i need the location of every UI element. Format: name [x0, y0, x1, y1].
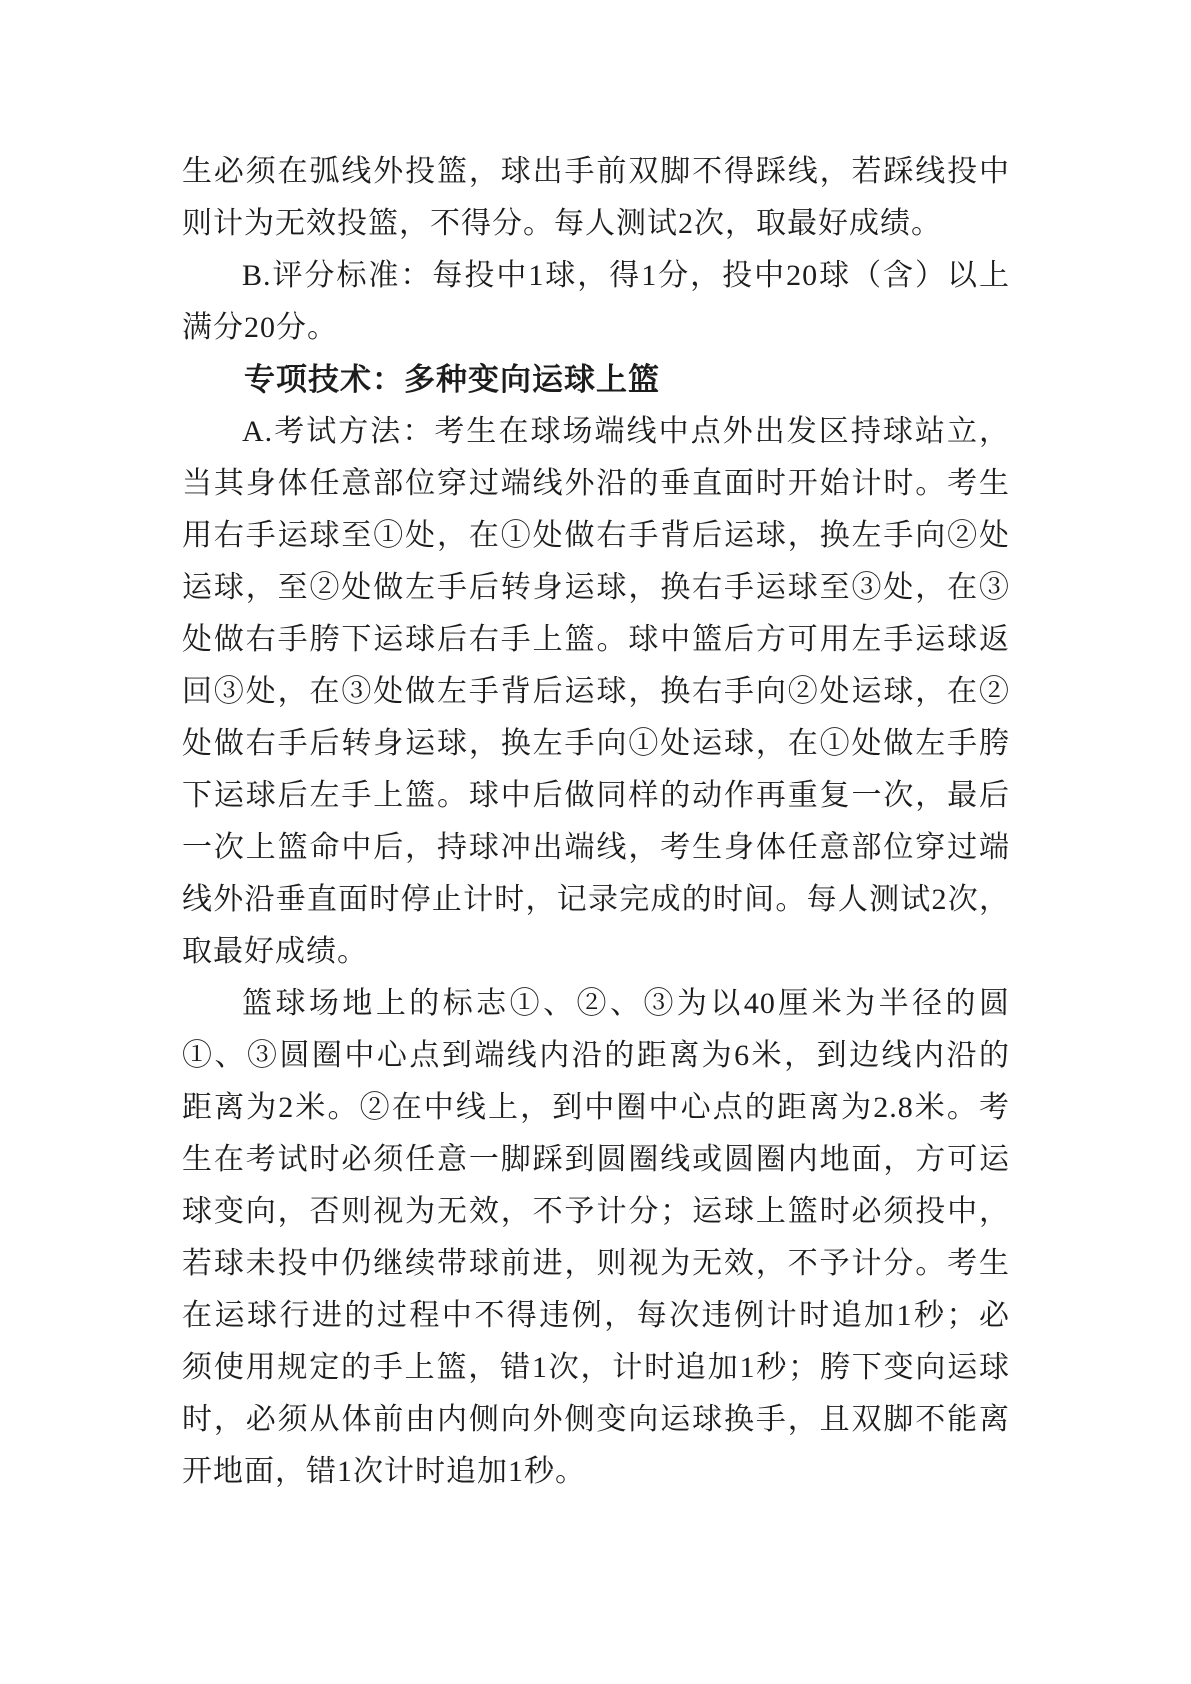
text-line: 须使用规定的手上篮，错1次，计时追加1秒；胯下变向运球 [182, 1342, 1010, 1394]
text-line: 运球，至②处做左手后转身运球，换右手运球至③处，在③ [182, 562, 1010, 614]
text-line: 时，必须从体前由内侧向外侧变向运球换手，且双脚不能离 [182, 1394, 1010, 1446]
text-line: B.评分标准：每投中1球，得1分，投中20球（含）以上为 [182, 250, 1010, 302]
text-line: 用右手运球至①处，在①处做右手背后运球，换左手向②处 [182, 510, 1010, 562]
text-line: 下运球后左手上篮。球中后做同样的动作再重复一次，最后 [182, 770, 1010, 822]
document-page: 生必须在弧线外投篮，球出手前双脚不得踩线，若踩线投中则计为无效投篮，不得分。每人… [0, 0, 1191, 1684]
text-line: 取最好成绩。 [182, 926, 1010, 978]
text-line: 则计为无效投篮，不得分。每人测试2次，取最好成绩。 [182, 198, 1010, 250]
text-line: 若球未投中仍继续带球前进，则视为无效，不予计分。考生 [182, 1238, 1010, 1290]
paragraph: A.考试方法：考生在球场端线中点外出发区持球站立，当其身体任意部位穿过端线外沿的… [182, 406, 1010, 978]
text-line: ①、③圆圈中心点到端线内沿的距离为6米，到边线内沿的 [182, 1030, 1010, 1082]
text-line: 处做右手后转身运球，换左手向①处运球，在①处做左手胯 [182, 718, 1010, 770]
text-line: A.考试方法：考生在球场端线中点外出发区持球站立， [182, 406, 1010, 458]
text-line: 满分20分。 [182, 302, 1010, 354]
page-content: 生必须在弧线外投篮，球出手前双脚不得踩线，若踩线投中则计为无效投篮，不得分。每人… [182, 146, 1010, 1498]
paragraph: 篮球场地上的标志①、②、③为以40厘米为半径的圆圈。①、③圆圈中心点到端线内沿的… [182, 978, 1010, 1498]
text-line: 专项技术：多种变向运球上篮 [182, 354, 1010, 406]
text-line: 距离为2米。②在中线上，到中圈中心点的距离为2.8米。考 [182, 1082, 1010, 1134]
text-line: 回③处，在③处做左手背后运球，换右手向②处运球，在② [182, 666, 1010, 718]
text-line: 球变向，否则视为无效，不予计分；运球上篮时必须投中， [182, 1186, 1010, 1238]
text-line: 处做右手胯下运球后右手上篮。球中篮后方可用左手运球返 [182, 614, 1010, 666]
text-line: 生必须在弧线外投篮，球出手前双脚不得踩线，若踩线投中 [182, 146, 1010, 198]
text-line: 一次上篮命中后，持球冲出端线，考生身体任意部位穿过端 [182, 822, 1010, 874]
paragraph: B.评分标准：每投中1球，得1分，投中20球（含）以上为满分20分。 [182, 250, 1010, 354]
text-line: 在运球行进的过程中不得违例，每次违例计时追加1秒；必 [182, 1290, 1010, 1342]
text-line: 篮球场地上的标志①、②、③为以40厘米为半径的圆圈。 [182, 978, 1010, 1030]
text-line: 生在考试时必须任意一脚踩到圆圈线或圆圈内地面，方可运 [182, 1134, 1010, 1186]
paragraph: 生必须在弧线外投篮，球出手前双脚不得踩线，若踩线投中则计为无效投篮，不得分。每人… [182, 146, 1010, 250]
text-line: 线外沿垂直面时停止计时，记录完成的时间。每人测试2次， [182, 874, 1010, 926]
section-heading: 专项技术：多种变向运球上篮 [182, 354, 1010, 406]
text-line: 开地面，错1次计时追加1秒。 [182, 1446, 1010, 1498]
text-line: 当其身体任意部位穿过端线外沿的垂直面时开始计时。考生 [182, 458, 1010, 510]
